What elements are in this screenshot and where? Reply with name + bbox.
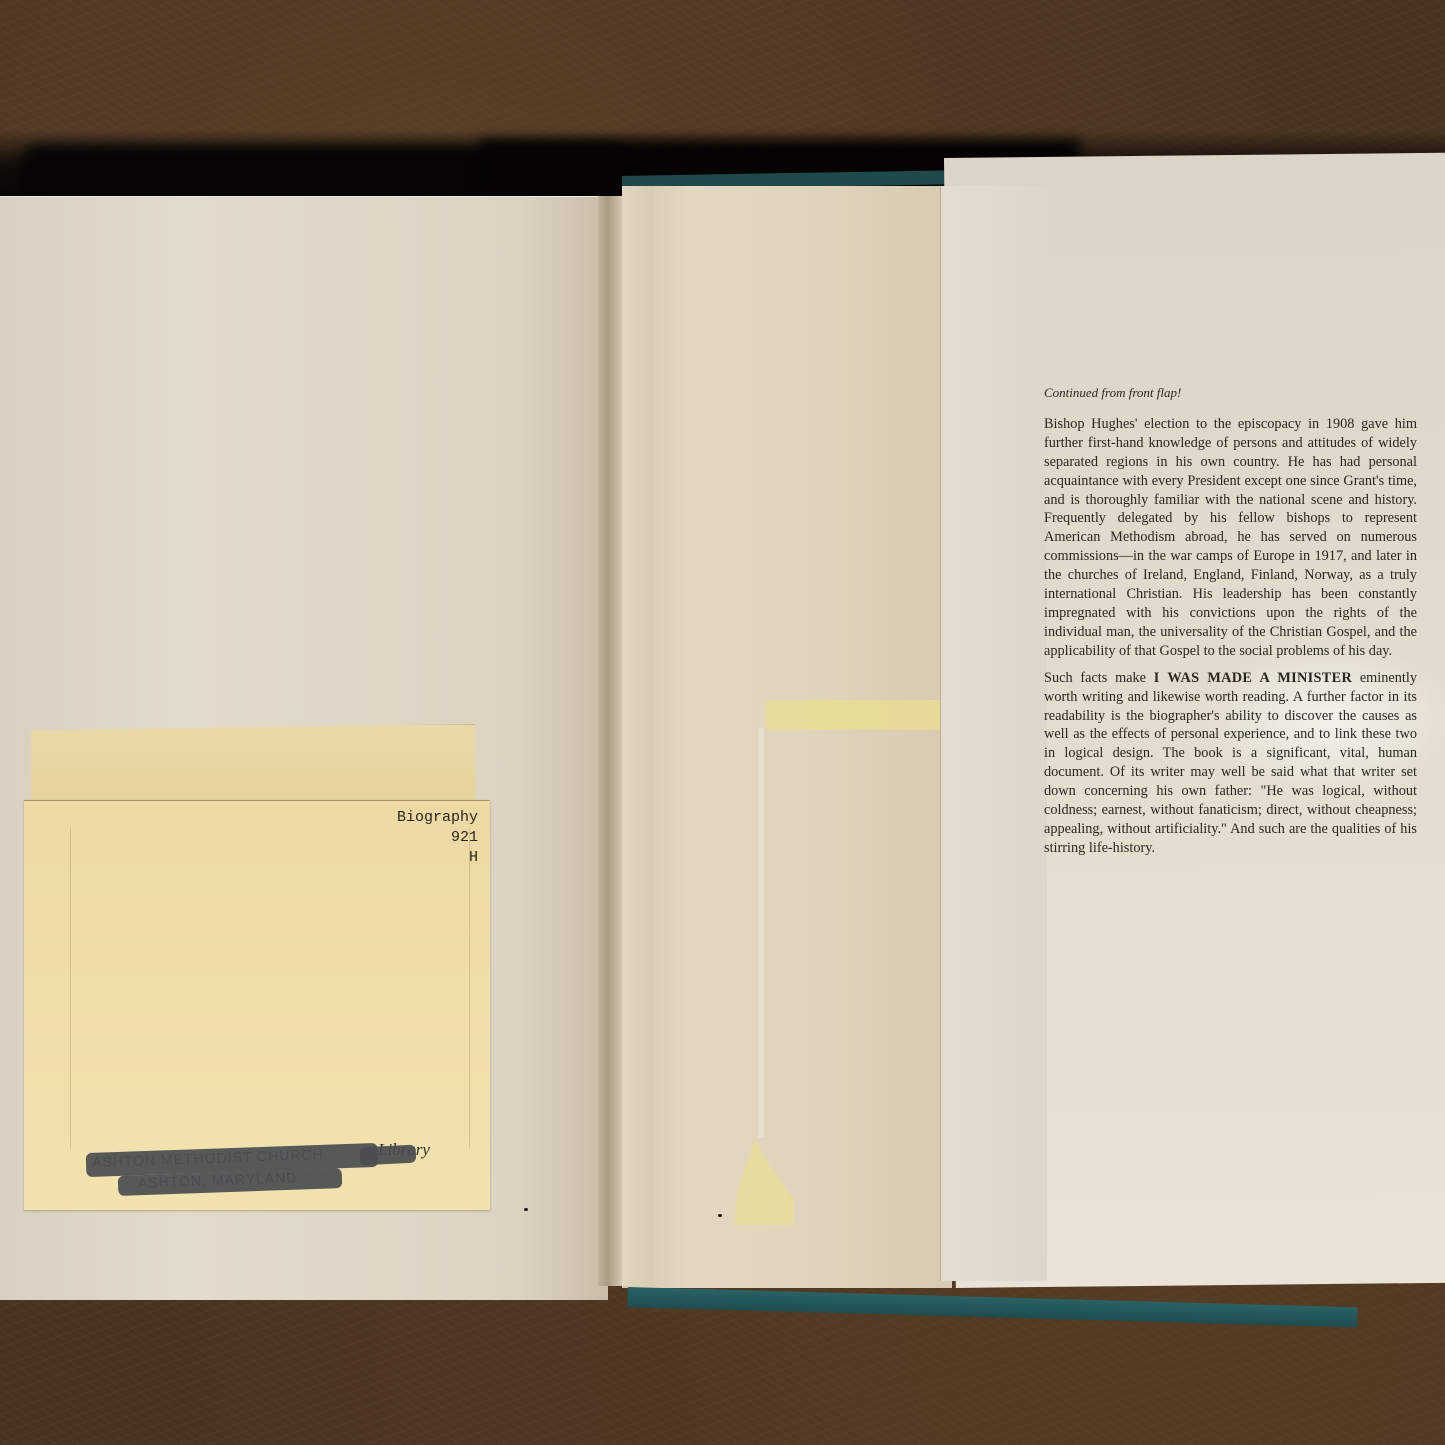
book-gutter [598, 196, 622, 1286]
library-pocket-flap [31, 724, 475, 803]
inside-rear-cover [622, 186, 952, 1288]
jacket-flap-margin [940, 186, 1047, 1281]
call-number-cutter: H [330, 848, 478, 868]
flap-paragraph-1: Bishop Hughes' election to the episcopac… [1044, 415, 1417, 661]
paragraph-2-rest: eminently worth writing and likewise wor… [1044, 670, 1417, 856]
board-hinge [622, 186, 654, 1286]
ink-speck [718, 1214, 722, 1217]
continued-note: Continued from front flap! [1044, 384, 1417, 403]
redaction-bar-1b [360, 1145, 417, 1166]
call-number: Biography 921 H [330, 808, 478, 868]
glue-residue-line [758, 728, 764, 1138]
ink-speck [524, 1208, 528, 1211]
paragraph-2-prefix: Such facts make [1044, 670, 1154, 686]
flap-paragraph-2: Such facts make I WAS MADE A MINISTER em… [1044, 669, 1417, 858]
pocket-inner-folds [70, 828, 470, 1148]
call-number-subject: Biography [330, 808, 478, 828]
book-title: I WAS MADE A MINISTER [1154, 670, 1352, 686]
pocket-fold-line [24, 800, 490, 801]
call-number-dewey: 921 [330, 828, 478, 848]
tape-residue-strip [766, 700, 940, 730]
jacket-flap-text: Continued from front flap! Bishop Hughes… [1044, 384, 1417, 866]
